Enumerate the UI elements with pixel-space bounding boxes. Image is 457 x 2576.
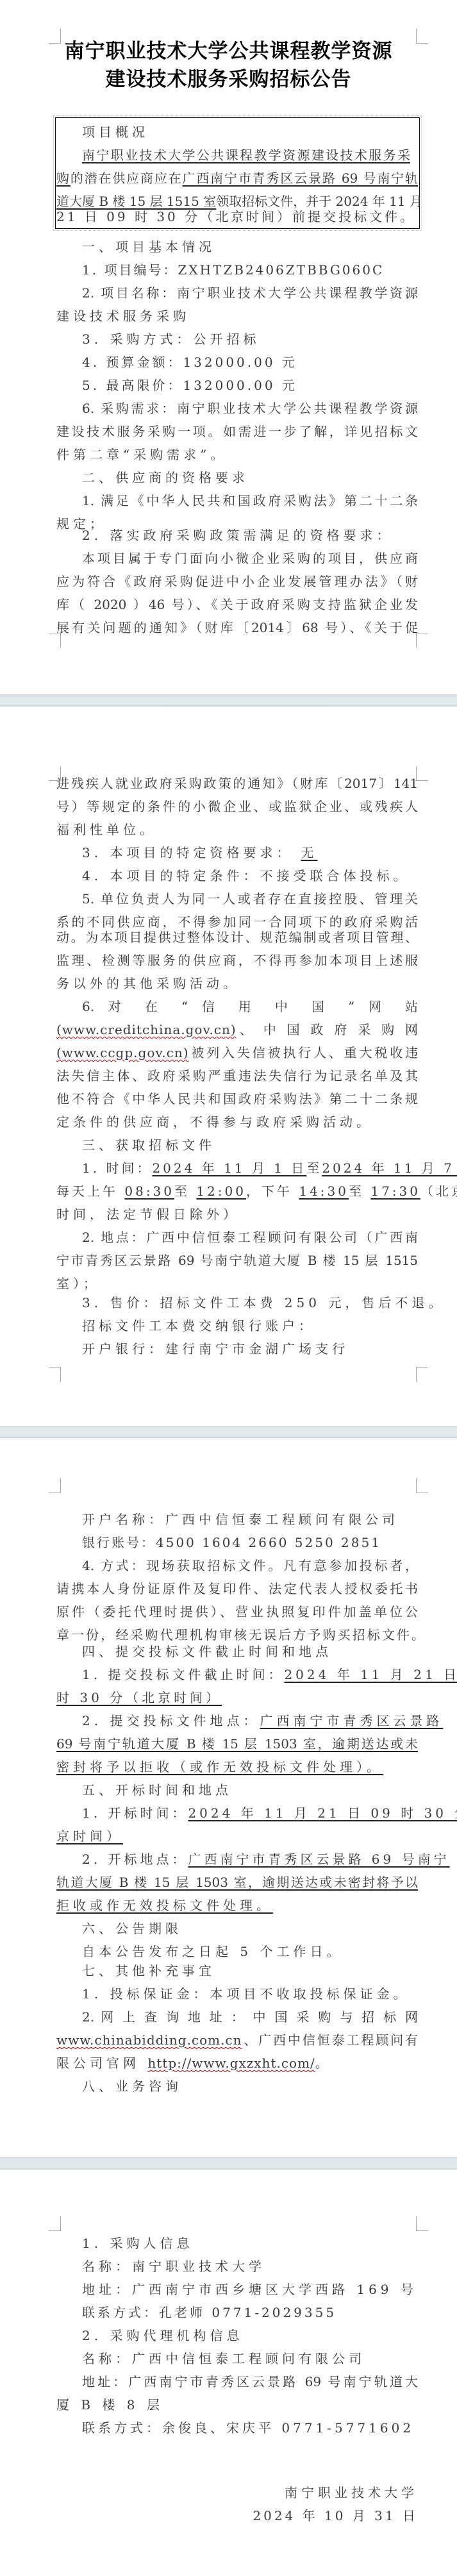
qualification-item-6-cont: 他不符合《中华人民共和国政府采购法》第二十二条规 [56, 1091, 418, 1107]
qualification-item-2-text: 进残疾人就业政府采购政策的通知》（财库〔2017〕141 [56, 775, 418, 792]
signature-date: 2024 年 10 月 31 日 [253, 2505, 418, 2524]
buyer-name: 名称：南宁职业技术大学 [82, 2258, 265, 2275]
max-price: 5. 最高限价：132000.00 元 [82, 377, 297, 394]
pickup-place: 2. 地点：广西中信恒泰工程顾问有限公司（广西南 [82, 1229, 418, 1246]
agent-name: 名称：广西中信恒泰工程顾问有限公司 [82, 2350, 365, 2367]
qualification-text: 被列入失信被执行人、重大税收违 [189, 1045, 418, 1060]
gxzxht-link[interactable]: http://www.gxzxht.com/ [147, 2055, 315, 2071]
deadline-value: 时 30 分（北京时间） [56, 1690, 231, 1705]
overview-line: 道大厦 B 楼 15 层 1515 室领取招标文件，并于 2024 年 11 月 [56, 193, 418, 210]
overview-line: 南宁职业技术大学公共课程教学资源建设技术服务采 [82, 147, 410, 163]
pickup-daily-hours: 每天上午 08:30至 12:00，下午 14:30至 17:30（北京 [56, 1183, 418, 1200]
agent-address: 地址：广西南宁市青秀区云景路 69 号南宁轨道大 [82, 2373, 418, 2390]
pickup-place-cont: 室）； [56, 1275, 418, 1292]
signature-organization: 南宁职业技术大学 [285, 2482, 418, 2501]
section-8-heading: 八、业务咨询 [82, 2078, 182, 2095]
submission-place-cont: 密封将予以拒收（或作无效投标文件处理）。 [56, 1759, 418, 1775]
project-name-underlined: 购 [56, 171, 71, 186]
project-name: 2. 项目名称：南宁职业技术大学公共课程教学资源 [82, 285, 418, 301]
overview-text: 的潜在供应商应在 [71, 171, 183, 186]
page-1: 南宁职业技术大学公共课程教学资源 建设技术服务采购招标公告 项目概况 南宁职业技… [0, 0, 457, 694]
procurement-requirement-cont: 件第二章“采购需求”。 [56, 446, 418, 463]
section-4-heading: 四、提交投标文件截止时间和地点 [82, 1643, 332, 1660]
qualification-item-2-text: 展有关问题的通知》（财库〔2014〕68 号）、《关于促 [56, 619, 418, 636]
pickup-place-cont: 宁市青秀区云景路 69 号南宁轨道大厦 B 楼 15 层 1515 [56, 1252, 418, 1269]
margin-corner-mark [49, 633, 61, 648]
submission-place-value: 广西南宁市青秀区云景路 [260, 1713, 443, 1728]
specific-qualification: 3. 本项目的特定资格要求：无 [82, 844, 325, 861]
submission-place-label: 2. 提交投标文件地点： [82, 1713, 260, 1728]
online-query-cont: www.chinabidding.com.cn、广西中信恒泰工程顾问有 [56, 2032, 418, 2048]
to-text: 至 [174, 1183, 190, 1199]
overview-line: 21 日 09 时 30 分（北京时间）前提交投标文件。 [56, 208, 418, 225]
pickup-time: 1. 时间：2024 年 11 月 1 日至2024 年 11 月 7 日， [82, 1160, 457, 1176]
bid-bond: 1. 投标保证金：本项目不收取投标保证金。 [82, 1986, 410, 2002]
pickup-time-label: 1. 时间： [82, 1160, 152, 1176]
bank-account-heading: 招标文件工本费交纳银行账户： [82, 1317, 315, 1334]
qualification-text: 、 中 国 政 府 采 购 网 [237, 1022, 418, 1037]
specific-qualification-label: 3. 本项目的特定资格要求： [82, 845, 293, 860]
pickup-method-cont: 原件（委托代理时提供）、营业执照复印件加盖单位公 [56, 1603, 418, 1620]
overview-text: 领取招标文件，并于 2024 年 11 月 [216, 194, 422, 209]
account-number: 银行账号：4500 1604 2660 5250 2851 [82, 1534, 381, 1551]
procurement-requirement-cont: 建设技术服务采购一项。如需进一步了解，详见招标文 [56, 423, 418, 440]
buyer-info-heading: 1. 采购人信息 [82, 2235, 193, 2252]
document-price: 3. 售价：招标文件工本费 250 元，售后不退。 [82, 1294, 445, 1311]
qualification-item-6-cont: 法失信主体、政府采购严重违法失信行为记录名单及其 [56, 1067, 418, 1084]
creditchina-link[interactable]: (www.creditchina.gov.cn) [56, 1022, 237, 1037]
buyer-contact: 联系方式：孔老师 0771-2029355 [82, 2304, 337, 2321]
page-break-separator [0, 1426, 457, 1438]
pickup-daily-hours-cont: 时间，法定节假日除外） [56, 1206, 418, 1223]
daily-suffix: （北京 [420, 1183, 457, 1199]
opening-time-value: 2024 年 11 月 21 日 09 时 30 分（北 [188, 1805, 457, 1821]
opening-place-cont: 轨道大厦 B 楼 15 层 1503 室，逾期送达或未密封将予以 [56, 1874, 418, 1891]
qualification-item-2-text: 福利性单位。 [56, 821, 418, 838]
section-1-heading: 一、项目基本情况 [82, 238, 215, 255]
opening-place: 2. 开标地点：广西南宁市青秀区云景路 69 号南宁 [82, 1851, 450, 1868]
opening-time: 1. 开标时间：2024 年 11 月 21 日 09 时 30 分（北 [82, 1805, 457, 1821]
qualification-item-2-text: 本项目属于专门面向小微企业采购的项目，供应商 [82, 550, 418, 567]
overview-heading: 项目概况 [82, 124, 149, 140]
page-break-separator [0, 694, 457, 707]
account-name: 开户名称：广西中信恒泰工程顾问有限公司 [82, 1511, 399, 1528]
procurement-method: 3. 采购方式：公开招标 [82, 331, 260, 347]
pickup-address-underlined: 广西南宁市青秀区云景路 69 号南宁轨 [183, 171, 419, 186]
period: 。 [315, 2055, 332, 2071]
pickup-start-date: 2024 年 11 月 1 日 [152, 1160, 306, 1176]
pickup-method: 4. 方式：现场获取招标文件。凡有意参加投标者， [82, 1557, 418, 1574]
qualification-item-1: 1. 满足《中华人民共和国政府采购法》第二十二条 [82, 492, 418, 509]
section-3-heading: 三、获取招标文件 [82, 1137, 215, 1153]
margin-corner-mark [416, 1478, 428, 1493]
section-2-heading: 二、供应商的资格要求 [82, 469, 249, 486]
agent-address-cont: 厦 B 楼 8 层 [56, 2396, 418, 2413]
pm-prefix: ，下午 [246, 1183, 292, 1199]
agent-contact: 联系方式：余俊良、宋庆平 0771-5771602 [82, 2420, 414, 2436]
online-query-text: 、广西中信恒泰工程顾问有 [242, 2032, 418, 2048]
page-3: 开户名称：广西中信恒泰工程顾问有限公司 银行账号：4500 1604 2660 … [0, 1438, 457, 2157]
submission-place: 2. 提交投标文件地点：广西南宁市青秀区云景路 [82, 1712, 443, 1729]
qualification-item-6-cont: 定条件的供应商，不得参与政府采购活动。 [56, 1114, 418, 1130]
pickup-end-date: 2024 年 11 月 7 日 [322, 1160, 457, 1176]
opening-time-label: 1. 开标时间： [82, 1805, 188, 1821]
opening-time-cont: 京时间） [56, 1828, 418, 1844]
qualification-item-2-text: 应为符合《政府采购促进中小企业发展管理办法》（财 [56, 573, 418, 590]
qualification-item-6: 6. 对 在 “ 信 用 中 国 ” 网 站 [82, 998, 418, 1015]
qualification-item-2-text: 库（ 2020 ）46 号）、《关于政府采购支持监狱企业发 [56, 596, 418, 613]
page-4: 1. 采购人信息 名称：南宁职业技术大学 地址：广西南宁市西乡塘区大学西路 16… [0, 2170, 457, 2576]
margin-corner-mark [416, 633, 428, 648]
online-query: 2. 网 上 查 询 地 址 ： 中 国 采 购 与 招 标 网 [82, 2009, 418, 2025]
document-title-line-1: 南宁职业技术大学公共课程教学资源 [0, 38, 457, 64]
am-start: 08:30 [124, 1183, 174, 1199]
page-break-separator [0, 2157, 457, 2170]
page-2: 进残疾人就业政府采购政策的通知》（财库〔2017〕141 号）等规定的条件的小微… [0, 707, 457, 1426]
qualification-item-5-cont: 务以外的其他采购活动。 [56, 975, 418, 992]
qualification-item-5-cont: 监理、检测等服务的供应商，不得再参加本项目上述服 [56, 952, 418, 969]
document-title-line-2: 建设技术服务采购招标公告 [0, 67, 457, 92]
qualification-item-6-cont: (www.creditchina.gov.cn)、 中 国 政 府 采 购 网 [56, 1021, 418, 1038]
pickup-method-cont: 请携本人身份证原件及复印件、法定代表人授权委托书 [56, 1580, 418, 1597]
am-end: 12:00 [196, 1183, 246, 1199]
online-query-text: 限公司官网 [56, 2055, 140, 2071]
deadline-label: 1. 提交投标文件截止时间： [82, 1667, 284, 1682]
submission-deadline: 1. 提交投标文件截止时间：2024 年 11 月 21 日 09 [82, 1666, 457, 1683]
section-5-heading: 五、开标时间和地点 [82, 1782, 232, 1798]
margin-corner-mark [49, 1367, 61, 1382]
project-name-cont: 建设技术服务采购 [56, 308, 418, 324]
qualification-item-6-cont: (www.ccgp.gov.cn)被列入失信被执行人、重大税收违 [56, 1044, 418, 1061]
opening-place-label: 2. 开标地点： [82, 1852, 188, 1867]
qualification-item-2-heading: 2. 落实政府采购政策需满足的资格要求： [82, 527, 393, 544]
section-7-heading: 七、其他补充事宜 [82, 1962, 215, 1979]
margin-corner-mark [49, 1478, 61, 1493]
margin-corner-mark [416, 2216, 428, 2231]
bank-name: 开户银行：建行南宁市金湖广场支行 [82, 1341, 349, 1357]
agent-info-heading: 2. 采购代理机构信息 [82, 2327, 243, 2344]
qualification-item-5-cont: 系的不同供应商，不得参加同一合同项下的政府采购活 [56, 914, 418, 930]
opening-place-value: 广西南宁市青秀区云景路 69 号南宁 [188, 1852, 449, 1867]
budget-amount: 4. 预算金额：132000.00 元 [82, 354, 297, 371]
margin-corner-mark [416, 1367, 428, 1382]
pm-start: 14:30 [299, 1183, 349, 1199]
project-number: 1. 项目编号：ZXHTZB2406ZTBBG060C [82, 262, 384, 278]
opening-place-cont: 拒收或作无效投标文件处理。 [56, 1897, 418, 1914]
ccgp-link[interactable]: (www.ccgp.gov.cn) [56, 1045, 189, 1060]
specific-qualification-value: 无 [293, 845, 325, 860]
submission-place-cont: 69 号南宁轨道大厦 B 楼 15 层 1503 室，逾期送达或未 [56, 1735, 418, 1752]
to-text: 至 [306, 1160, 322, 1176]
specific-conditions: 4. 本项目的特定条件：不接受联合体投标。 [82, 867, 410, 884]
chinabidding-link[interactable]: www.chinabidding.com.cn [56, 2032, 242, 2048]
pm-end: 17:30 [370, 1183, 420, 1199]
opening-time-value: 京时间） [56, 1828, 128, 1844]
announcement-period: 自本公告发布之日起 5 个工作日。 [82, 1943, 343, 1960]
qualification-item-2-text: 号）等规定的条件的小微企业、或监狱企业、或残疾人 [56, 798, 418, 815]
to-text: 至 [349, 1183, 364, 1199]
section-6-heading: 六、公告期限 [82, 1920, 182, 1937]
buyer-address: 地址：广西南宁市西乡塘区大学西路 169 号 [82, 2281, 417, 2298]
margin-corner-mark [49, 2216, 61, 2231]
pickup-method-cont: 章一份，经采购代理机构审核无误后方予购买招标文件。 [56, 1627, 424, 1643]
daily-prefix: 每天上午 [56, 1183, 118, 1199]
overview-line: 购的潜在供应商应在广西南宁市青秀区云景路 69 号南宁轨 [56, 170, 418, 187]
online-query-cont: 限公司官网 http://www.gxzxht.com/。 [56, 2055, 418, 2071]
procurement-requirement: 6. 采购需求：南宁职业技术大学公共课程教学资源 [82, 400, 418, 417]
pickup-address-underlined: 道大厦 B 楼 15 层 1515 室 [56, 194, 216, 209]
qualification-item-5-cont: 动。为本项目提供过整体设计、规范编制或者项目管理、 [56, 929, 418, 946]
deadline-value: 2024 年 11 月 21 日 09 [284, 1667, 457, 1682]
submission-deadline-cont: 时 30 分（北京时间） [56, 1689, 418, 1706]
qualification-item-5: 5. 单位负责人为同一人或者存在直接控股、管理关 [82, 891, 418, 907]
